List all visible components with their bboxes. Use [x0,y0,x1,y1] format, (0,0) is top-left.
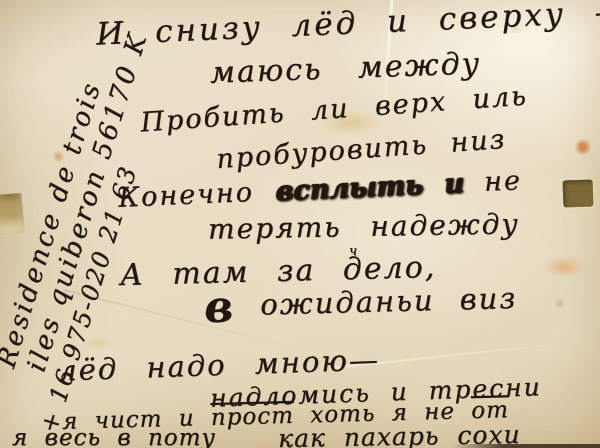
poem-line-2: маюсь между [210,49,482,88]
poem-line-4: пробуровить низ [215,126,507,173]
poem-line-8: в ожиданьи виз [204,284,518,321]
rust-stain [554,298,565,309]
poem-line-5: Конечновсплыть ине [118,167,523,212]
ornate-initial: в [203,281,235,333]
poem-word: не [483,165,522,198]
tape-mark-right [563,179,594,207]
poem-word: Конечно [118,177,255,214]
poem-word: ожиданьи виз [260,281,518,322]
tape-mark-left [0,193,25,235]
handwritten-note-photo: Residence de trois iles quiberon 56170 K… [0,0,600,448]
overwritten-word: всплыть и [275,168,465,207]
photo-bottom-edge [452,444,600,448]
poem-line-6: терять надежду [208,210,520,243]
rust-stain [543,256,585,278]
poem-line-12: я весь в поту [12,427,216,448]
rust-stain [574,139,592,155]
poem-line-1: И снизу лёд и сверху — [96,0,600,51]
